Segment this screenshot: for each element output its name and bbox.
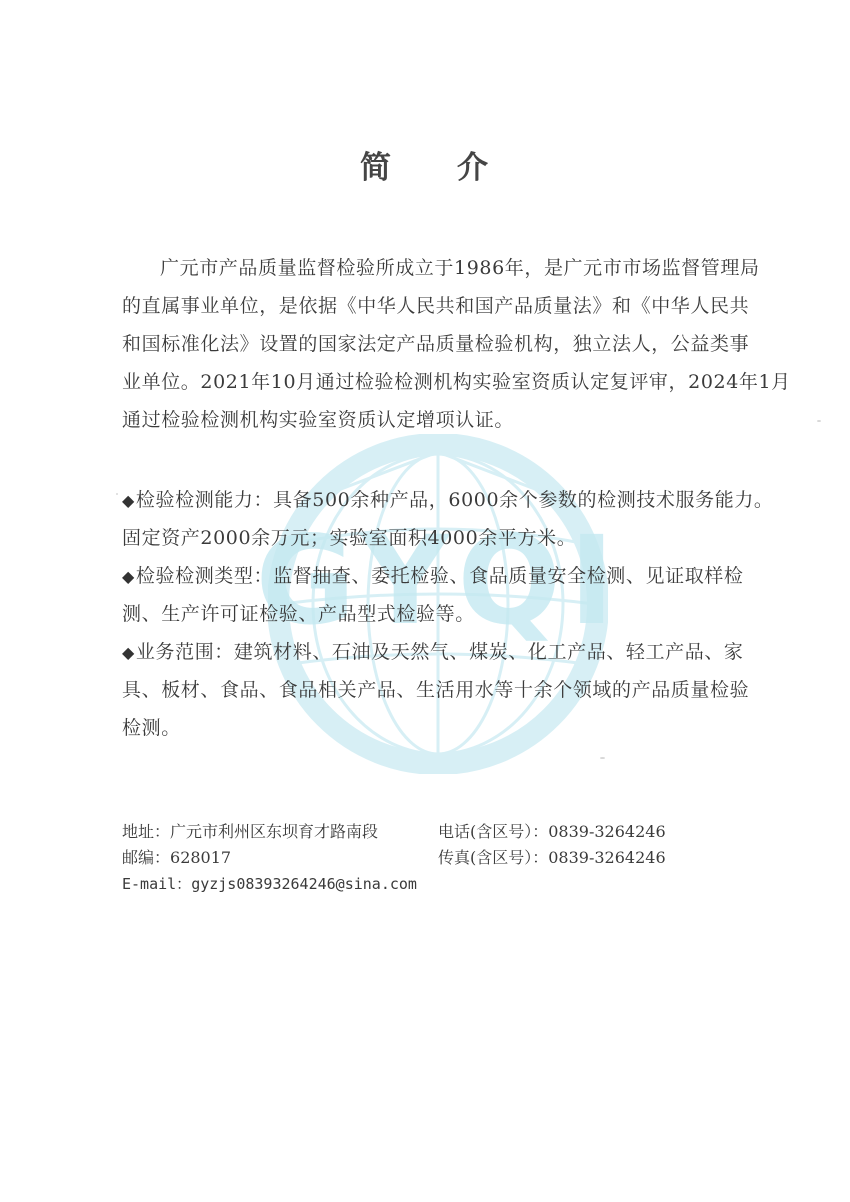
- bullet-label: 业务范围：: [136, 641, 234, 663]
- address-label: 地址：: [122, 822, 170, 841]
- bullet-types: ◆检验检测类型：监督抽查、委托检验、食品质量安全检测、见证取样检: [122, 564, 744, 589]
- bullet-text: 具备500余种产品，6000余个参数的检测技术服务能力。: [273, 489, 773, 511]
- title-char-1: 简: [360, 142, 393, 187]
- page-title: 简介: [0, 142, 850, 187]
- phone-label: 电话(含区号）：: [438, 822, 548, 841]
- intro-line-4: 业单位。2021年10月通过检验检测机构实验室资质认定复评审，2024年1月: [122, 370, 791, 394]
- bullet-scope: ◆业务范围：建筑材料、石油及天然气、煤炭、化工产品、轻工产品、家: [122, 640, 744, 665]
- scan-speck: [817, 420, 821, 422]
- address-value: 广元市利州区东坝育才路南段: [170, 822, 378, 841]
- phone-line: 电话(含区号）：0839-3264246: [438, 822, 666, 842]
- diamond-bullet-icon: ◆: [122, 641, 135, 665]
- bullet-scope-cont-2: 检测。: [122, 716, 181, 740]
- bullet-capability-cont: 固定资产2000余万元；实验室面积4000余平方米。: [122, 526, 576, 550]
- bullet-capability: ◆检验检测能力：具备500余种产品，6000余个参数的检测技术服务能力。: [122, 488, 774, 513]
- bullet-label: 检验检测类型：: [136, 565, 273, 587]
- bullet-scope-cont-1: 具、板材、食品、食品相关产品、生活用水等十余个领域的产品质量检验: [122, 678, 749, 702]
- scan-speck: [600, 757, 605, 759]
- intro-line-1: 广元市产品质量监督检验所成立于1986年，是广元市市场监督管理局: [160, 256, 760, 280]
- bullet-types-cont: 测、生产许可证检验、产品型式检验等。: [122, 602, 475, 626]
- bullet-text: 监督抽查、委托检验、食品质量安全检测、见证取样检: [273, 565, 743, 587]
- bullet-label: 检验检测能力：: [136, 489, 273, 511]
- bullet-text: 建筑材料、石油及天然气、煤炭、化工产品、轻工产品、家: [234, 641, 744, 663]
- email-label: E-mail：: [122, 875, 191, 893]
- document-page: GYQI 简介 广元市产品质量监督检验所成立于1986年，是广元市市场监督管理局…: [0, 0, 850, 1202]
- intro-line-5: 通过检验检测机构实验室资质认定增项认证。: [122, 408, 514, 432]
- fax-value: 0839-3264246: [548, 848, 665, 867]
- phone-value: 0839-3264246: [548, 822, 665, 841]
- fax-label: 传真(含区号）：: [438, 848, 548, 867]
- diamond-bullet-icon: ◆: [122, 489, 135, 513]
- fax-line: 传真(含区号）：0839-3264246: [438, 848, 666, 868]
- email-line: E-mail：gyzjs08393264246@sina.com: [122, 874, 417, 894]
- postcode-label: 邮编：: [122, 848, 170, 867]
- diamond-bullet-icon: ◆: [122, 565, 135, 589]
- address-line: 地址：广元市利州区东坝育才路南段: [122, 822, 378, 842]
- postcode-line: 邮编：628017: [122, 848, 231, 868]
- title-char-2: 介: [457, 142, 490, 187]
- postcode-value: 628017: [170, 848, 231, 867]
- intro-line-3: 和国标准化法》设置的国家法定产品质量检验机构，独立法人，公益类事: [122, 332, 749, 356]
- intro-line-2: 的直属事业单位，是依据《中华人民共和国产品质量法》和《中华人民共: [122, 294, 749, 318]
- email-link[interactable]: gyzjs08393264246@sina.com: [191, 875, 417, 893]
- scan-speck: [116, 493, 118, 495]
